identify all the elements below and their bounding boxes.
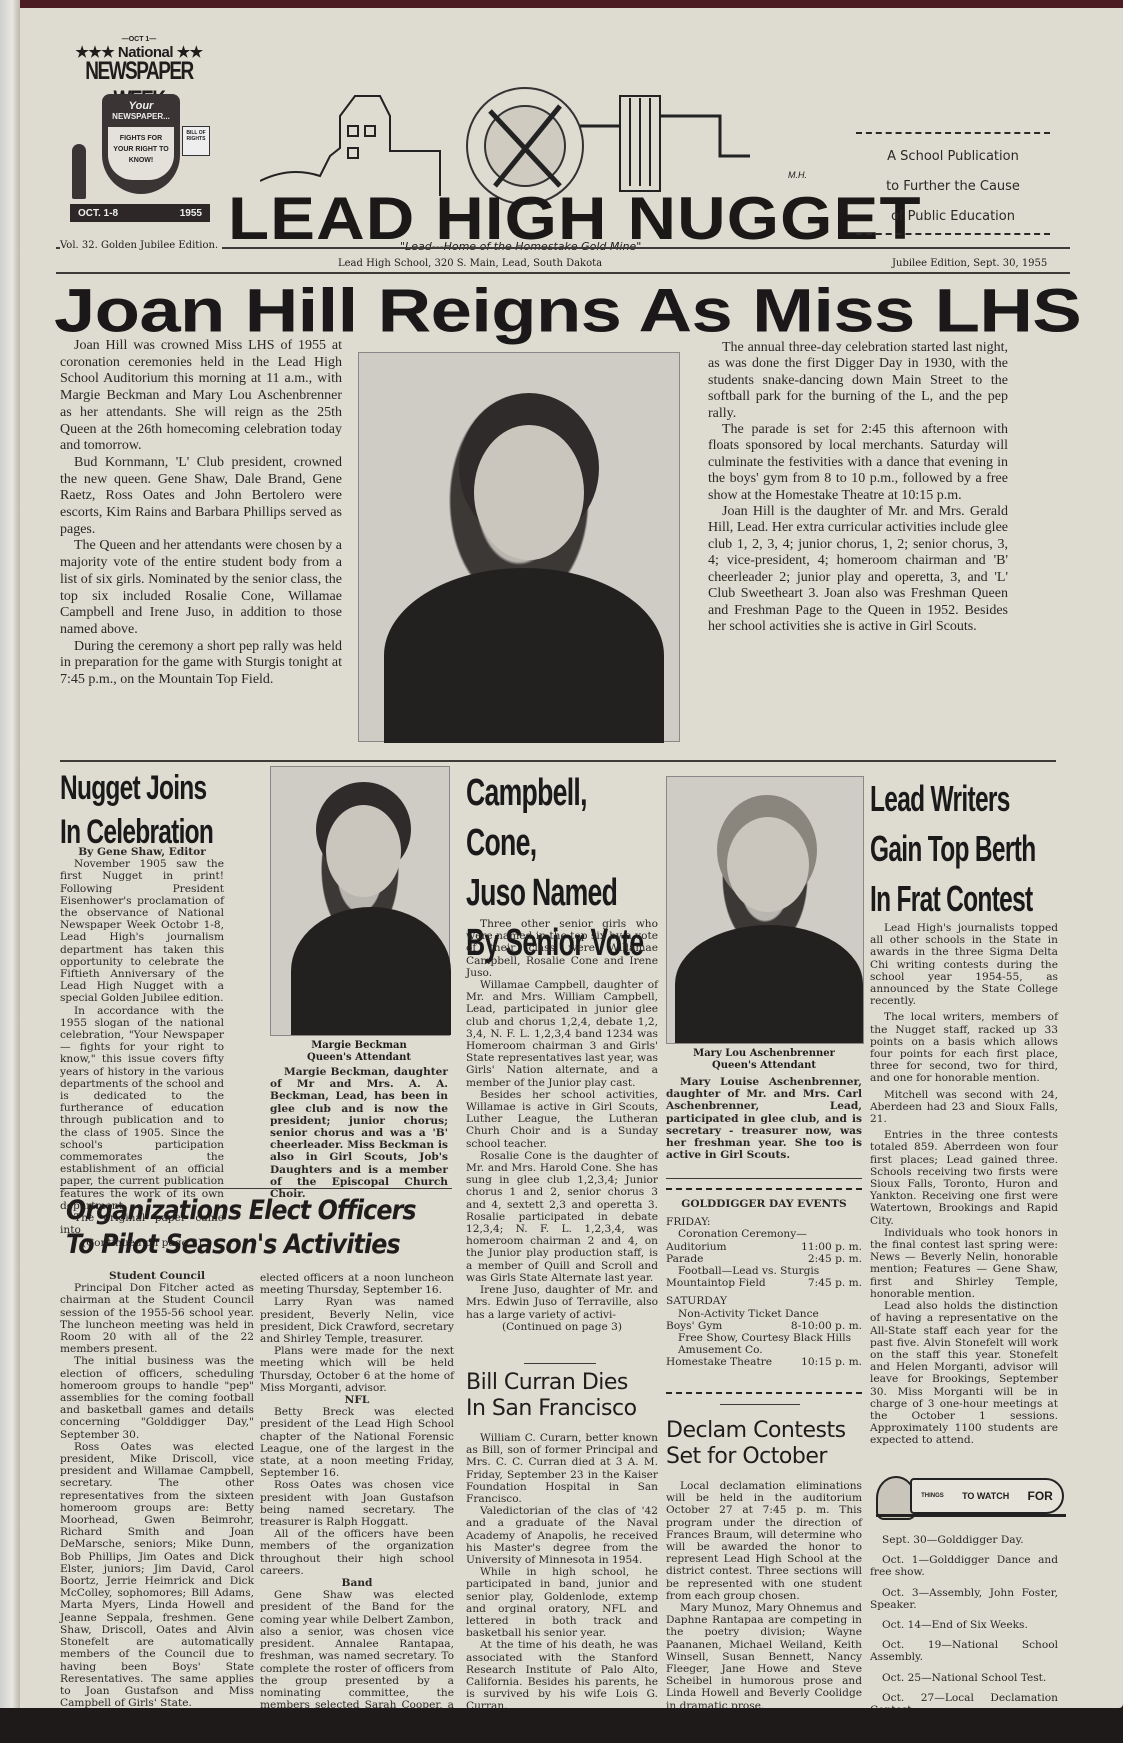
- watch-item: Oct. 19—National School Assembly.: [870, 1639, 1058, 1663]
- shield-newspaper: NEWSPAPER...: [102, 112, 180, 121]
- lead-story-left-column: Joan Hill was crowned Miss LHS of 1955 a…: [60, 338, 342, 689]
- watch-item: Oct. 1—Golddigger Dance and free show.: [870, 1554, 1058, 1578]
- lead-right-p2: The parade is set for 2:45 this afternoo…: [708, 422, 1008, 504]
- tagline-top-rule: [856, 132, 1050, 134]
- mary-lou-aschenbrenner-photo: [666, 776, 864, 1044]
- bottom-background: [0, 1708, 1123, 1743]
- tagline-bottom-rule: [856, 233, 1050, 235]
- saturday-events: Non-Activity Ticket Dance Boys' Gym8-10:…: [666, 1308, 862, 1369]
- saturday-label: SATURDAY: [666, 1295, 862, 1307]
- edition-date: Jubilee Edition, Sept. 30, 1955: [892, 258, 1047, 269]
- lead-left-p3: The Queen and her attendants were chosen…: [60, 538, 342, 638]
- badge-man-icon: [72, 144, 86, 199]
- bill-curran-headline: Bill Curran Dies In San Francisco: [466, 1370, 637, 1422]
- subhead-nfl: NFL: [260, 1394, 454, 1406]
- tagline-line-1: A School Publication: [856, 142, 1050, 172]
- organizations-col-1: Student Council Principal Don Fitcher ac…: [60, 1270, 254, 1734]
- beckman-text: Margie Beckman, daughter of Mr and Mrs. …: [270, 1066, 448, 1200]
- shield-text: FIGHTS FOR YOUR RIGHT TO KNOW!: [108, 127, 174, 180]
- campbell-cone-juso-body: Three other senior girls who were named …: [466, 918, 658, 1333]
- newspaper-page: —OCT 1— ★★★ National ★★ NEWSPAPER WEEK Y…: [20, 8, 1123, 1708]
- badge-date-bar: OCT. 1-8 1955: [70, 204, 210, 222]
- lead-headline: Joan Hill Reigns As Miss LHS: [54, 276, 1081, 346]
- organizations-top-rule: [60, 1188, 452, 1189]
- subhead-band: Band: [260, 1577, 454, 1589]
- events-dash-rule: [666, 1188, 862, 1190]
- masthead-rule-2: [56, 272, 1070, 274]
- margie-beckman-photo: [270, 766, 450, 1036]
- friday-label: FRIDAY:: [666, 1216, 862, 1228]
- events-bottom-dash: [666, 1392, 862, 1394]
- events-top-rule: [666, 1178, 862, 1179]
- shield-your: Your: [102, 100, 180, 112]
- joan-hill-photo: [358, 352, 680, 742]
- badge-dates: OCT. 1-8: [78, 208, 118, 219]
- telescope-icon: THINGS TO WATCH FOR: [910, 1478, 1064, 1514]
- lead-left-p4: During the ceremony a short pep rally wa…: [60, 639, 342, 689]
- continued-page-3: (Continued on page 3): [466, 1321, 658, 1333]
- page-binding-edge: [0, 0, 20, 1743]
- lead-left-p2: Bud Kornmann, 'L' Club president, crowne…: [60, 455, 342, 539]
- tagline-line-3: of Public Education: [856, 202, 1050, 232]
- subhead-student-council: Student Council: [60, 1270, 254, 1282]
- school-address: Lead High School, 320 S. Main, Lead, Sou…: [338, 258, 602, 269]
- event-row: Homestake Theatre10:15 p. m.: [666, 1356, 862, 1368]
- section-divider: [60, 760, 1056, 762]
- badge-year: 1955: [180, 208, 202, 219]
- declam-body: Local declamation eliminations will be h…: [666, 1480, 862, 1712]
- declam-top-rule: [720, 1404, 800, 1405]
- artist-initials: M.H.: [788, 170, 807, 180]
- badge-shield: Your NEWSPAPER... FIGHTS FOR YOUR RIGHT …: [102, 94, 180, 194]
- aschenbrenner-text: Mary Louise Aschenbrenner, daughter of M…: [666, 1076, 862, 1161]
- event-row: Mountaintop Field7:45 p. m.: [666, 1277, 862, 1289]
- organizations-headline: Organizations Elect Officers To Pilot Se…: [66, 1194, 416, 1262]
- events-title: GOLDDIGGER DAY EVENTS: [666, 1198, 862, 1210]
- things-to-watch-banner: THINGS TO WATCH FOR: [876, 1470, 1066, 1520]
- event-row: Boys' Gym8-10:00 p. m.: [666, 1320, 862, 1332]
- event-row: Parade2:45 p. m.: [666, 1253, 862, 1265]
- lead-right-p1: The annual three-day celebration started…: [708, 340, 1008, 422]
- watch-item: Oct. 14—End of Six Weeks.: [870, 1619, 1058, 1631]
- lead-left-p1: Joan Hill was crowned Miss LHS of 1955 a…: [60, 338, 342, 455]
- aschenbrenner-caption: Mary Lou Aschenbrenner Queen's Attendant: [666, 1048, 862, 1072]
- beckman-caption: Margie Beckman Queen's Attendant: [270, 1040, 448, 1064]
- event-row: Auditorium11:00 p. m.: [666, 1241, 862, 1253]
- newspaper-week-badge: —OCT 1— ★★★ National ★★ NEWSPAPER WEEK Y…: [64, 36, 214, 224]
- curran-top-rule: [524, 1363, 596, 1364]
- watch-item: Sept. 30—Golddigger Day.: [870, 1534, 1058, 1546]
- badge-scroll: BILL OF RIGHTS: [182, 126, 210, 156]
- things-to-watch-list: Sept. 30—Golddigger Day. Oct. 1—Golddigg…: [870, 1534, 1058, 1724]
- tagline: A School Publication to Further the Caus…: [856, 142, 1050, 232]
- golddigger-events-box: GOLDDIGGER DAY EVENTS FRIDAY: Coronation…: [666, 1198, 862, 1369]
- watch-item: Oct. 3—Assembly, John Foster, Speaker.: [870, 1587, 1058, 1611]
- lead-writers-headline: Lead Writers Gain Top Berth In Frat Cont…: [870, 774, 1060, 924]
- lead-writers-body: Lead High's journalists topped all other…: [870, 922, 1058, 1447]
- lead-story-right-column: The annual three-day celebration started…: [708, 340, 1008, 635]
- declam-headline: Declam Contests Set for October: [666, 1418, 846, 1470]
- byline: By Gene Shaw, Editor: [60, 846, 224, 858]
- watch-item: Oct. 25—National School Test.: [870, 1672, 1058, 1684]
- tagline-line-2: to Further the Cause: [856, 172, 1050, 202]
- volume-info: Vol. 32. Golden Jubilee Edition.: [60, 240, 222, 251]
- bill-curran-body: William C. Curarn, better known as Bill,…: [466, 1432, 658, 1713]
- organizations-col-2: elected officers at a noon luncheon meet…: [260, 1272, 454, 1724]
- nugget-joins-headline: Nugget Joins In Celebration: [60, 766, 233, 854]
- friday-events: Coronation Ceremony— Auditorium11:00 p. …: [666, 1228, 862, 1289]
- lead-right-p3: Joan Hill is the daughter of Mr. and Mrs…: [708, 504, 1008, 635]
- badge-date-top: —OCT 1—: [64, 36, 214, 43]
